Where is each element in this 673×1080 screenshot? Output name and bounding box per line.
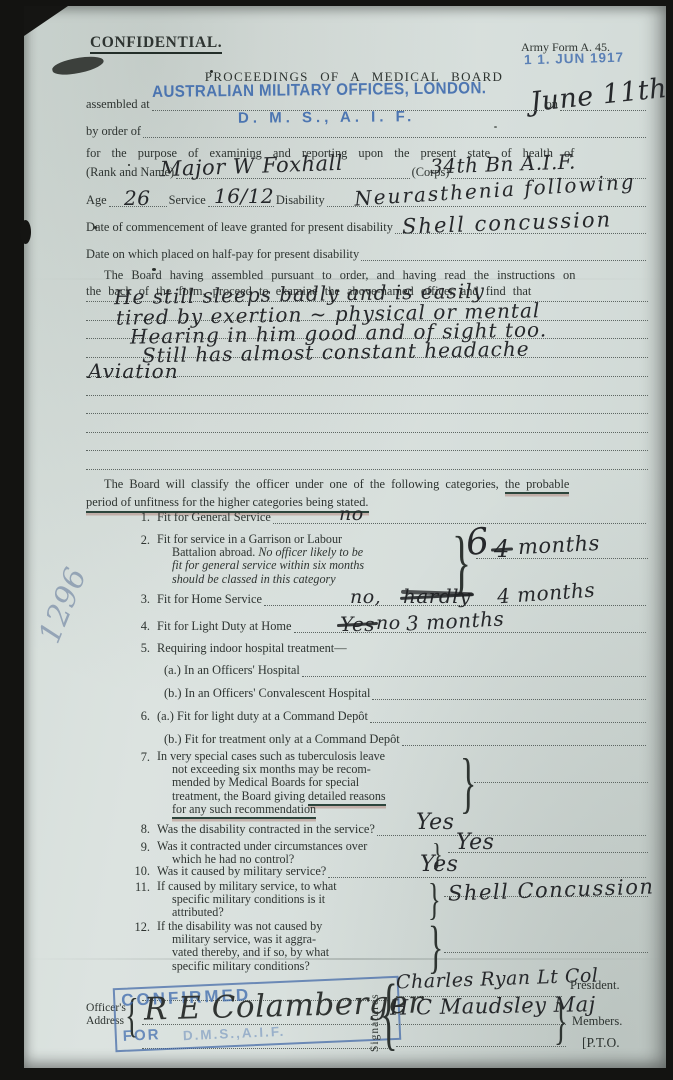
item-7-line5-underlined: for any such recommendation [172, 802, 316, 819]
item-5-row: 5. Requiring indoor hospital treatment— [130, 641, 648, 655]
ink-smudge [51, 53, 105, 78]
item-3-label: Fit for Home Service [157, 592, 262, 606]
margin-file-number: 1296 [32, 563, 94, 649]
item-12-line4: specific military conditions? [157, 960, 329, 973]
item-7-number: 7. [130, 750, 150, 764]
by-order-of-row: by order of [86, 124, 648, 138]
members-label: Members. [572, 1014, 622, 1028]
item-1-answer: no [339, 503, 364, 525]
dotted-line [402, 733, 646, 746]
corps-label: (Corps) [412, 165, 450, 179]
item-2-line2a: Battalion abroad. [172, 545, 255, 559]
item-10-number: 10. [126, 864, 150, 878]
item-9-answer: Yes [456, 830, 494, 855]
edge-notch [20, 220, 31, 244]
item-8-row: 8. Was the disability contracted in the … [130, 822, 648, 836]
item-2-line3: fit for general service within six month… [157, 559, 364, 572]
item-10-row: 10. Was it caused by military service? [126, 864, 648, 878]
item-5b-row: (b.) In an Officers' Convalescent Hospit… [164, 686, 648, 700]
item-11-label: If caused by military service, to what s… [157, 880, 337, 920]
item-11-line3: attributed? [157, 906, 337, 919]
by-order-of-label: by order of [86, 124, 141, 138]
item-12-number: 12. [126, 920, 150, 934]
item-8-label: Was the disability contracted in the ser… [157, 822, 375, 836]
item-12-brace: } [428, 918, 443, 976]
item-5b-label: (b.) In an Officers' Convalescent Hospit… [164, 686, 370, 700]
item-2-line4: should be classed in this category [157, 573, 364, 586]
signature-dotline [396, 1024, 566, 1025]
struck-text: hardly [403, 584, 471, 608]
item-11-number: 11. [126, 880, 150, 894]
item-6a-row: 6. (a.) Fit for light duty at a Command … [130, 709, 648, 723]
item-1-number: 1. [130, 510, 150, 524]
item-1-row: 1. Fit for General Service [130, 510, 648, 524]
item-4-number: 4. [130, 619, 150, 633]
confirmed-stamp-dms: D.M.S.,A.I.F. [183, 1024, 286, 1043]
president-signature: Charles Ryan Lt Col [396, 964, 599, 993]
dotted-line [560, 98, 646, 111]
dotted-line [361, 248, 646, 261]
age-label: Age [86, 193, 107, 207]
item-7-label: In very special cases such as tuberculos… [157, 750, 386, 816]
item-8-number: 8. [130, 822, 150, 836]
handwritten-findings-line: Aviation [88, 359, 179, 383]
item-12-line3: vated thereby, and if so, by what [157, 946, 329, 959]
writing-line [86, 395, 648, 396]
item-12-answer-dotline [444, 952, 648, 953]
item-5a-row: (a.) In an Officers' Hospital [164, 663, 648, 677]
document-page: CONFIDENTIAL. Army Form A. 45. 1 1. JUN … [24, 6, 666, 1068]
assembled-at-label: assembled at [86, 97, 150, 111]
classify-line1-plain: The Board will classify the officer unde… [104, 477, 505, 491]
item-4-answer-no: no [376, 612, 401, 634]
item-6-number: 6. [130, 709, 150, 723]
torn-corner [24, 6, 68, 36]
dotted-line [327, 194, 646, 207]
item-5-number: 5. [130, 641, 150, 655]
classify-line1: The Board will classify the officer unde… [86, 476, 652, 492]
item-8-answer: Yes [416, 810, 454, 835]
signature-dotline [396, 1046, 566, 1047]
leave-row: Date of commencement of leave granted fo… [86, 220, 648, 234]
item-7-line4b: detailed reasons [308, 789, 386, 806]
item-2-answer-dotline [476, 558, 648, 559]
dotted-line [109, 194, 167, 207]
item-9-number: 9. [130, 840, 150, 854]
item-10-answer: Yes [420, 852, 458, 877]
scanned-document: CONFIDENTIAL. Army Form A. 45. 1 1. JUN … [0, 0, 673, 1080]
dotted-line [395, 221, 646, 234]
confirmed-stamp-for: FOR [122, 1026, 160, 1045]
leave-label: Date of commencement of leave granted fo… [86, 220, 393, 234]
on-label: on [546, 97, 558, 111]
item-4-label: Fit for Light Duty at Home [157, 619, 292, 633]
confidential-heading: CONFIDENTIAL. [90, 36, 222, 54]
struck-text: Yes [340, 612, 375, 636]
handwritten-board-date: June 11th [529, 73, 669, 118]
item-4-answer-months: 3 months [405, 606, 504, 635]
writing-line [86, 450, 648, 451]
dotted-line [302, 664, 646, 677]
item-6b-label: (b.) Fit for treatment only at a Command… [164, 732, 400, 746]
item-10-label: Was it caused by military service? [157, 864, 326, 878]
writing-line [86, 469, 648, 470]
item-5a-label: (a.) In an Officers' Hospital [164, 663, 300, 677]
age-service-disability-row: Age Service Disability [86, 193, 648, 207]
item-5-label: Requiring indoor hospital treatment— [157, 641, 347, 655]
half-pay-row: Date on which placed on half-pay for pre… [86, 247, 648, 261]
dotted-line [176, 166, 409, 179]
half-pay-label: Date on which placed on half-pay for pre… [86, 247, 359, 261]
service-label: Service [169, 193, 206, 207]
item-3-number: 3. [130, 592, 150, 606]
item-7-line4: treatment, the Board giving detailed rea… [157, 790, 386, 803]
classify-paragraph: The Board will classify the officer unde… [86, 476, 652, 513]
item-3-answer-no: no, [350, 586, 381, 608]
item-6b-row: (b.) Fit for treatment only at a Command… [164, 732, 648, 746]
dotted-line [372, 687, 646, 700]
item-6a-label: (a.) Fit for light duty at a Command Dep… [157, 709, 368, 723]
disability-label: Disability [276, 193, 325, 207]
item-2-label: Fit for service in a Garrison or Labour … [157, 533, 364, 586]
paper-crease [24, 958, 666, 960]
dotted-line [370, 710, 646, 723]
rank-name-label: (Rank and Name) [86, 165, 174, 179]
item-7-line4a: treatment, the Board giving [172, 789, 308, 803]
item-12-label: If the disability was not caused by mili… [157, 920, 329, 973]
item-4-answer-struck: Yes [340, 612, 375, 636]
item-2-answer-months: months [517, 531, 600, 559]
item-9-label: Was it contracted under circumstances ov… [157, 840, 367, 866]
classify-line1-underlined: the probable [505, 477, 570, 494]
item-3-answer-struck: hardly [403, 584, 471, 608]
president-label: President. [570, 978, 620, 992]
item-2-line2b: No officer likely to be [258, 545, 363, 559]
item-2-number: 2. [130, 533, 150, 547]
writing-line [86, 413, 648, 414]
item-1-label: Fit for General Service [157, 510, 271, 524]
date-received-stamp: 1 1. JUN 1917 [524, 50, 624, 68]
dotted-line [143, 125, 646, 138]
dotted-line [208, 194, 274, 207]
writing-line [86, 432, 648, 433]
pto-label: [P.T.O. [582, 1036, 620, 1050]
item-7-answer-dotline [474, 782, 648, 783]
members-brace: } [554, 996, 568, 1048]
item-11-answer: Shell Concussion [448, 874, 655, 905]
